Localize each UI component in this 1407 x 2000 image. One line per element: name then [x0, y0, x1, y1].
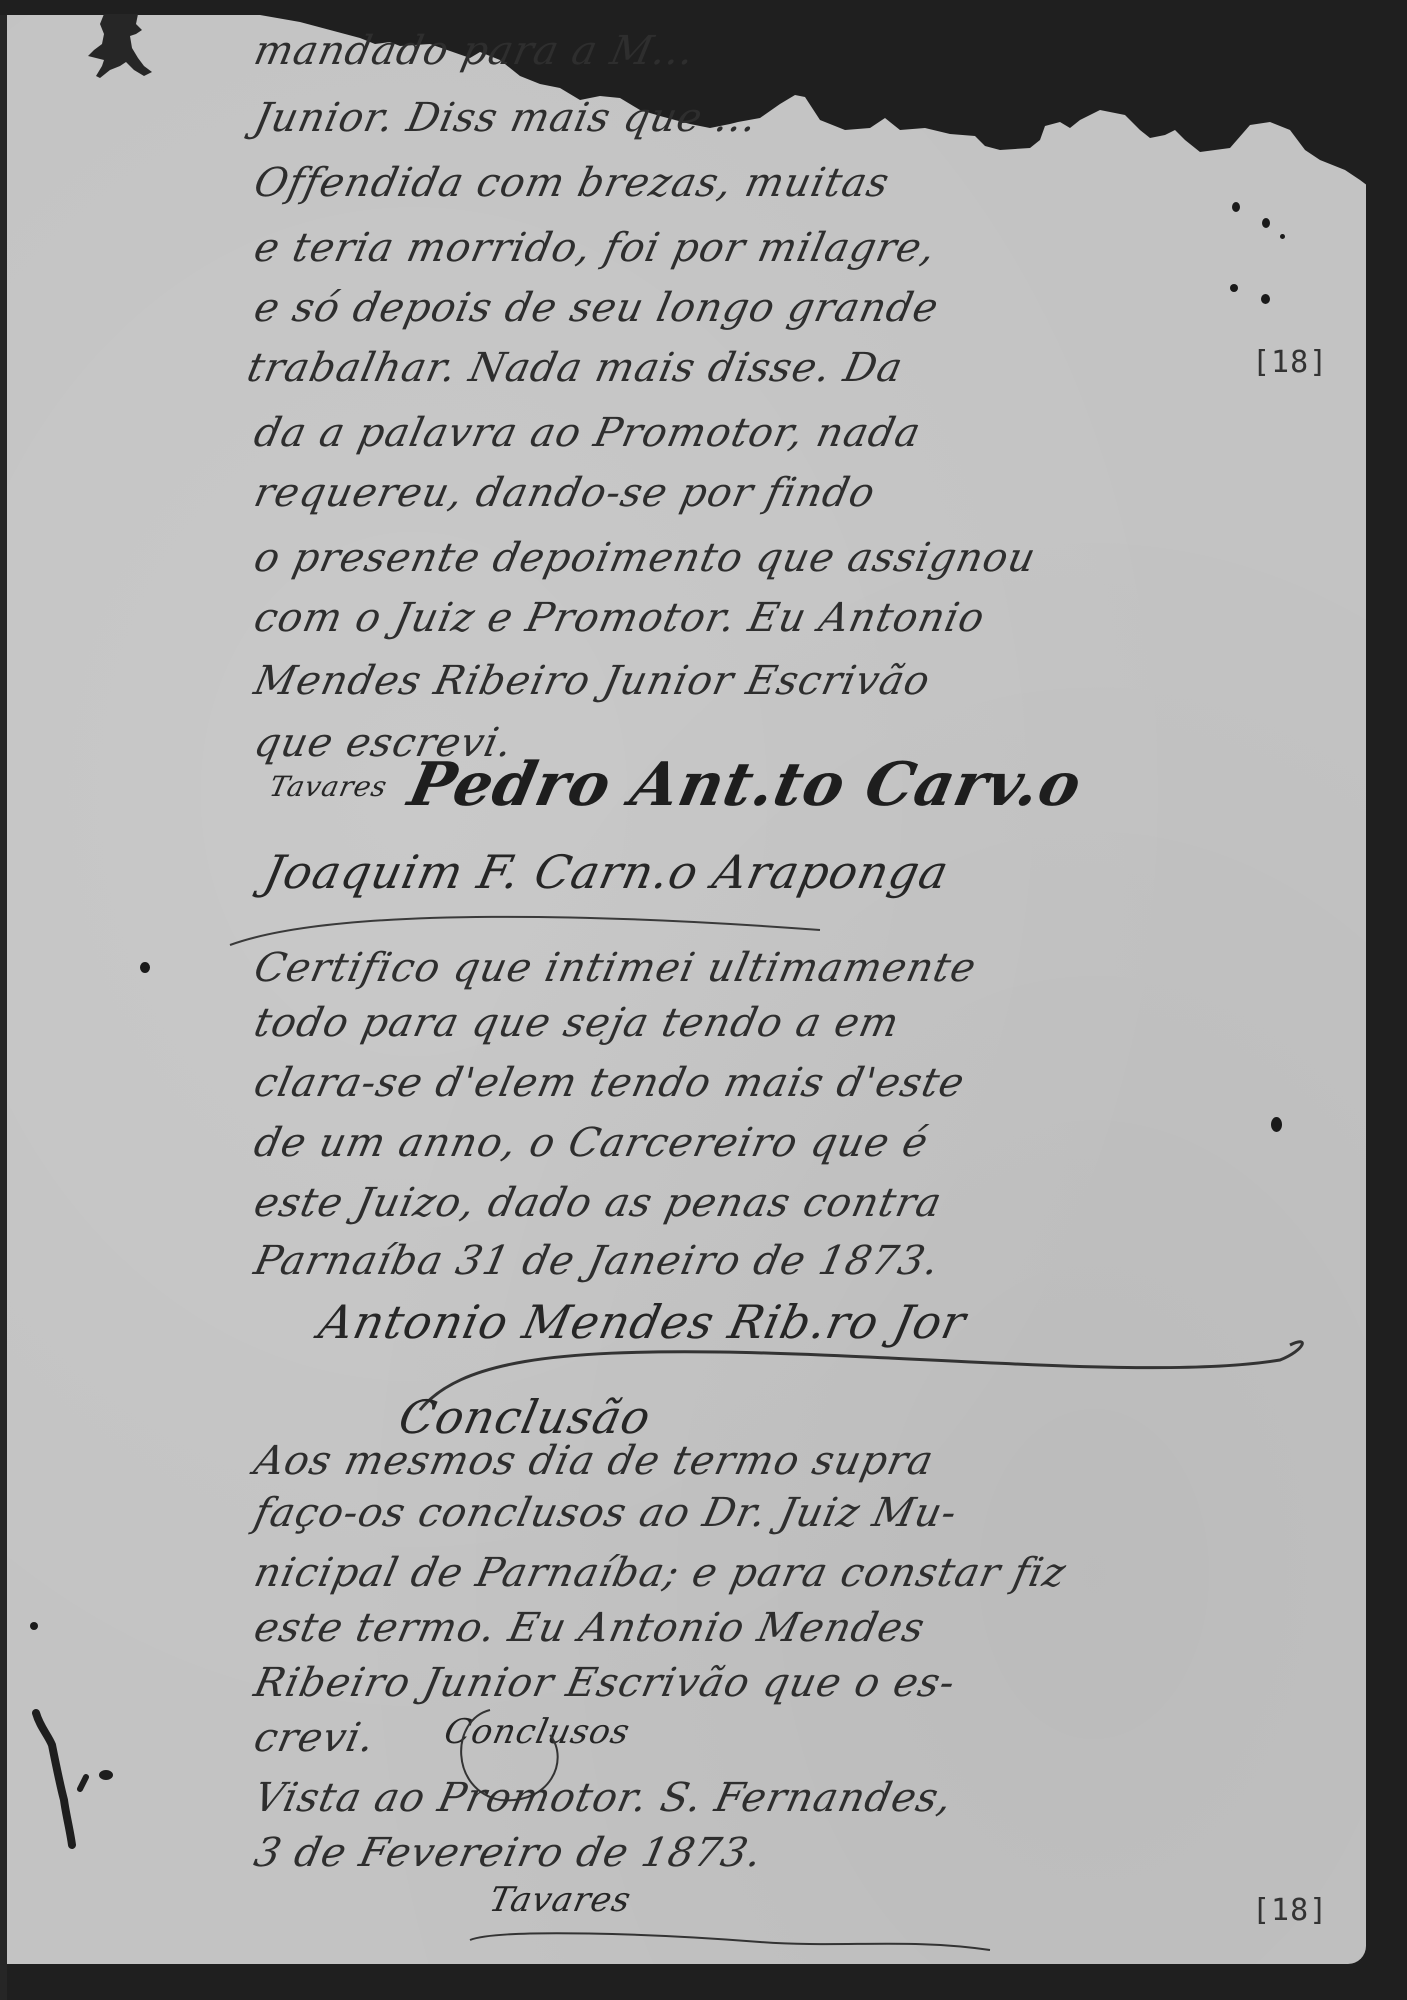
ink-speck: [1230, 284, 1238, 292]
conclusion-line: Aos mesmos dia de termo supra: [250, 1438, 938, 1484]
signature-judge: Tavares: [266, 770, 390, 803]
certificate-line: de um anno, o Carcereiro que é: [250, 1120, 932, 1166]
page-number-bottom: [18]: [1252, 1893, 1328, 1928]
text-line: mandado para a M...: [250, 28, 699, 74]
text-line: requereu, dando-se por findo: [250, 470, 879, 516]
conclusion-line: nicipal de Parnaíba; e para constar fiz: [250, 1550, 1070, 1596]
text-line: o presente depoimento que assignou: [250, 535, 1040, 581]
certificate-line: Parnaíba 31 de Janeiro de 1873.: [250, 1238, 944, 1284]
text-line: e só depois de seu longo grande: [250, 285, 943, 331]
text-line: Junior. Diss mais que ...: [250, 95, 762, 141]
text-line: com o Juiz e Promotor. Eu Antonio: [250, 595, 989, 641]
text-line: Mendes Ribeiro Junior Escrivão: [250, 658, 934, 704]
certificate-line: Certifico que intimei ultimamente: [250, 945, 980, 991]
conclusion-line: Ribeiro Junior Escrivão que o es-: [250, 1660, 959, 1706]
ink-speck: [1232, 202, 1240, 212]
signature-flourish: [460, 1920, 1000, 1960]
conclusion-line: este termo. Eu Antonio Mendes: [250, 1605, 929, 1651]
signature-witness: Pedro Ant.to Carv.o: [403, 750, 1088, 820]
conclusion-line: crevi.: [250, 1715, 379, 1761]
ink-speck: [30, 1622, 38, 1630]
certificate-line: este Juizo, dado as penas contra: [250, 1180, 946, 1226]
page-number-top: [18]: [1252, 345, 1328, 380]
conclusion-line: faço-os conclusos ao Dr. Juiz Mu-: [250, 1490, 961, 1536]
ink-blot: [86, 14, 156, 79]
text-line: Offendida com brezas, muitas: [250, 160, 894, 206]
final-signature: Tavares: [486, 1880, 635, 1920]
certificate-line: clara-se d'elem tendo mais d'este: [250, 1060, 969, 1106]
certificate-line: todo para que seja tendo a em: [250, 1000, 903, 1046]
ink-speck: [1262, 218, 1270, 228]
conclusion-heading: Conclusão: [394, 1390, 656, 1444]
text-line: trabalhar. Nada mais disse. Da: [243, 345, 907, 391]
ink-speck: [140, 962, 150, 973]
vista-line: 3 de Fevereiro de 1873.: [250, 1830, 766, 1876]
binding-edge: [0, 0, 7, 2000]
text-line: da a palavra ao Promotor, nada: [250, 410, 925, 456]
text-line: e teria morrido, foi por milagre,: [250, 225, 940, 271]
scanned-document: [18] [18] mandado para a M... Junior. Di…: [0, 0, 1407, 2000]
vista-line: Vista ao Promotor. S. Fernandes,: [250, 1775, 957, 1821]
ink-speck: [1271, 1117, 1282, 1132]
ink-speck: [1280, 234, 1285, 239]
signature-promoter: Joaquim F. Carn.o Araponga: [259, 845, 954, 899]
margin-ink-stroke: [30, 1705, 120, 1855]
ink-speck: [1261, 294, 1270, 304]
